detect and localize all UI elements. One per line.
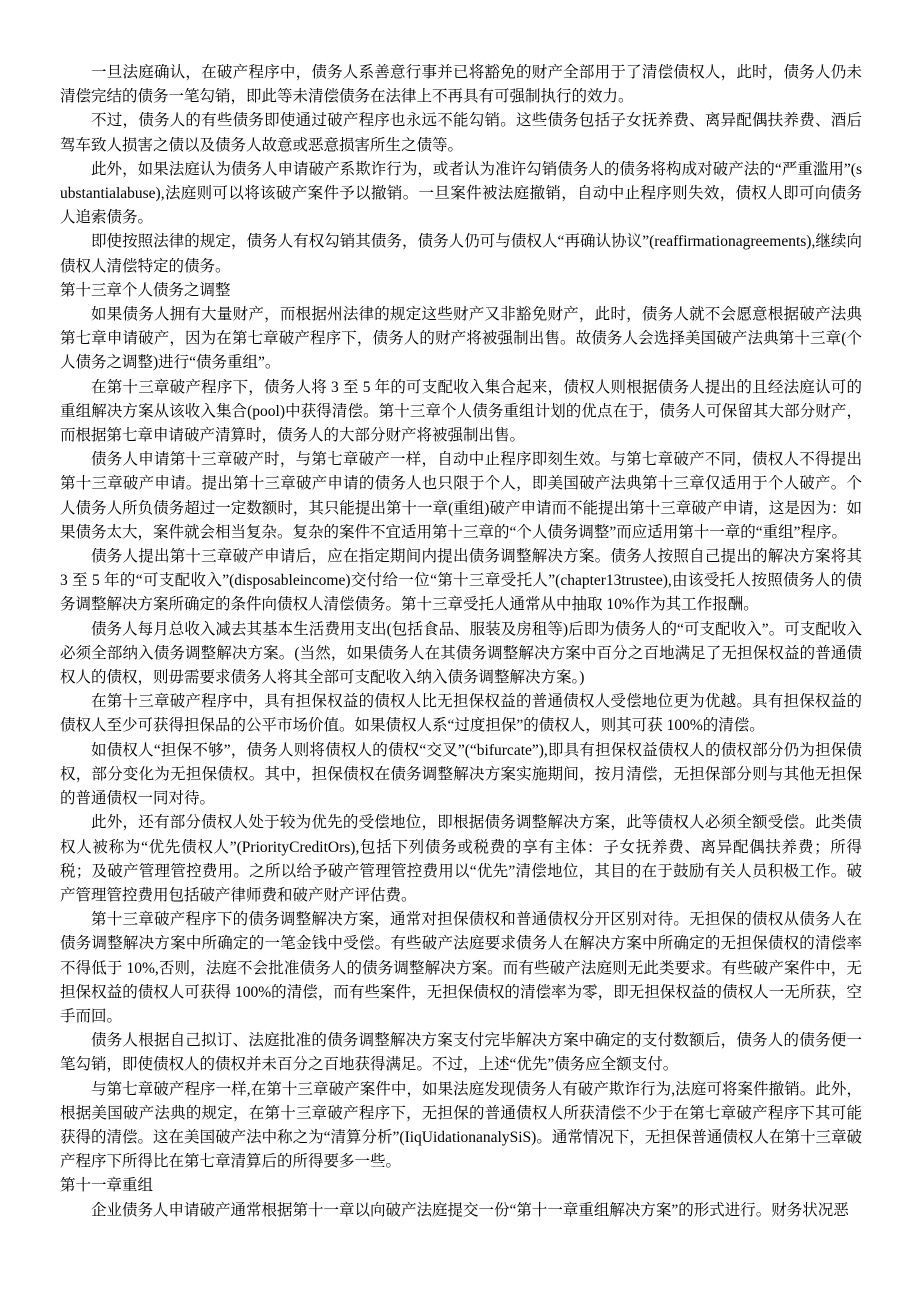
body-paragraph: 如果债务人拥有大量财产，而根据州法律的规定这些财产又非豁免财产，此时，债务人就不… bbox=[60, 303, 862, 376]
body-paragraph: 第十三章破产程序下的债务调整解决方案，通常对担保债权和普通债权分开区别对待。无担… bbox=[60, 908, 862, 1029]
body-paragraph: 企业债务人申请破产通常根据第十一章以向破产法庭提交一份“第十一章重组解决方案”的… bbox=[60, 1199, 862, 1223]
body-paragraph: 债务人根据自己拟订、法庭批准的债务调整解决方案支付完毕解决方案中确定的支付数额后… bbox=[60, 1029, 862, 1077]
body-paragraph: 在第十三章破产程序下，债务人将 3 至 5 年的可支配收入集合起来，债权人则根据… bbox=[60, 376, 862, 449]
body-paragraph: 如债权人“担保不够”，债务人则将债权人的债权“交叉”(“bifurcate”),… bbox=[60, 739, 862, 812]
document-content: 一旦法庭确认，在破产程序中，债务人系善意行事并已将豁免的财产全部用于了清偿债权人… bbox=[60, 61, 862, 1223]
body-paragraph: 不过，债务人的有些债务即使通过破产程序也永远不能勾销。这些债务包括子女抚养费、离… bbox=[60, 109, 862, 157]
body-paragraph: 在第十三章破产程序中，具有担保权益的债权人比无担保权益的普通债权人受偿地位更为优… bbox=[60, 690, 862, 738]
section-heading: 第十一章重组 bbox=[60, 1174, 862, 1198]
body-paragraph: 此外，还有部分债权人处于较为优先的受偿地位，即根据债务调整解决方案，此等债权人必… bbox=[60, 811, 862, 908]
section-heading: 第十三章个人债务之调整 bbox=[60, 279, 862, 303]
body-paragraph: 债务人提出第十三章破产申请后，应在指定期间内提出债务调整解决方案。债务人按照自己… bbox=[60, 545, 862, 618]
body-paragraph: 一旦法庭确认，在破产程序中，债务人系善意行事并已将豁免的财产全部用于了清偿债权人… bbox=[60, 61, 862, 109]
body-paragraph: 此外，如果法庭认为债务人申请破产系欺诈行为，或者认为准许勾销债务人的债务将构成对… bbox=[60, 158, 862, 231]
body-paragraph: 债务人每月总收入减去其基本生活费用支出(包括食品、服装及房租等)后即为债务人的“… bbox=[60, 618, 862, 691]
body-paragraph: 与第七章破产程序一样,在第十三章破产案件中，如果法庭发现债务人有破产欺诈行为,法… bbox=[60, 1078, 862, 1175]
body-paragraph: 即使按照法律的规定，债务人有权勾销其债务，债务人仍可与债权人“再确认协议”(re… bbox=[60, 230, 862, 278]
document-page: 一旦法庭确认，在破产程序中，债务人系善意行事并已将豁免的财产全部用于了清偿债权人… bbox=[0, 0, 920, 1301]
body-paragraph: 债务人申请第十三章破产时，与第七章破产一样，自动中止程序即刻生效。与第七章破产不… bbox=[60, 448, 862, 545]
